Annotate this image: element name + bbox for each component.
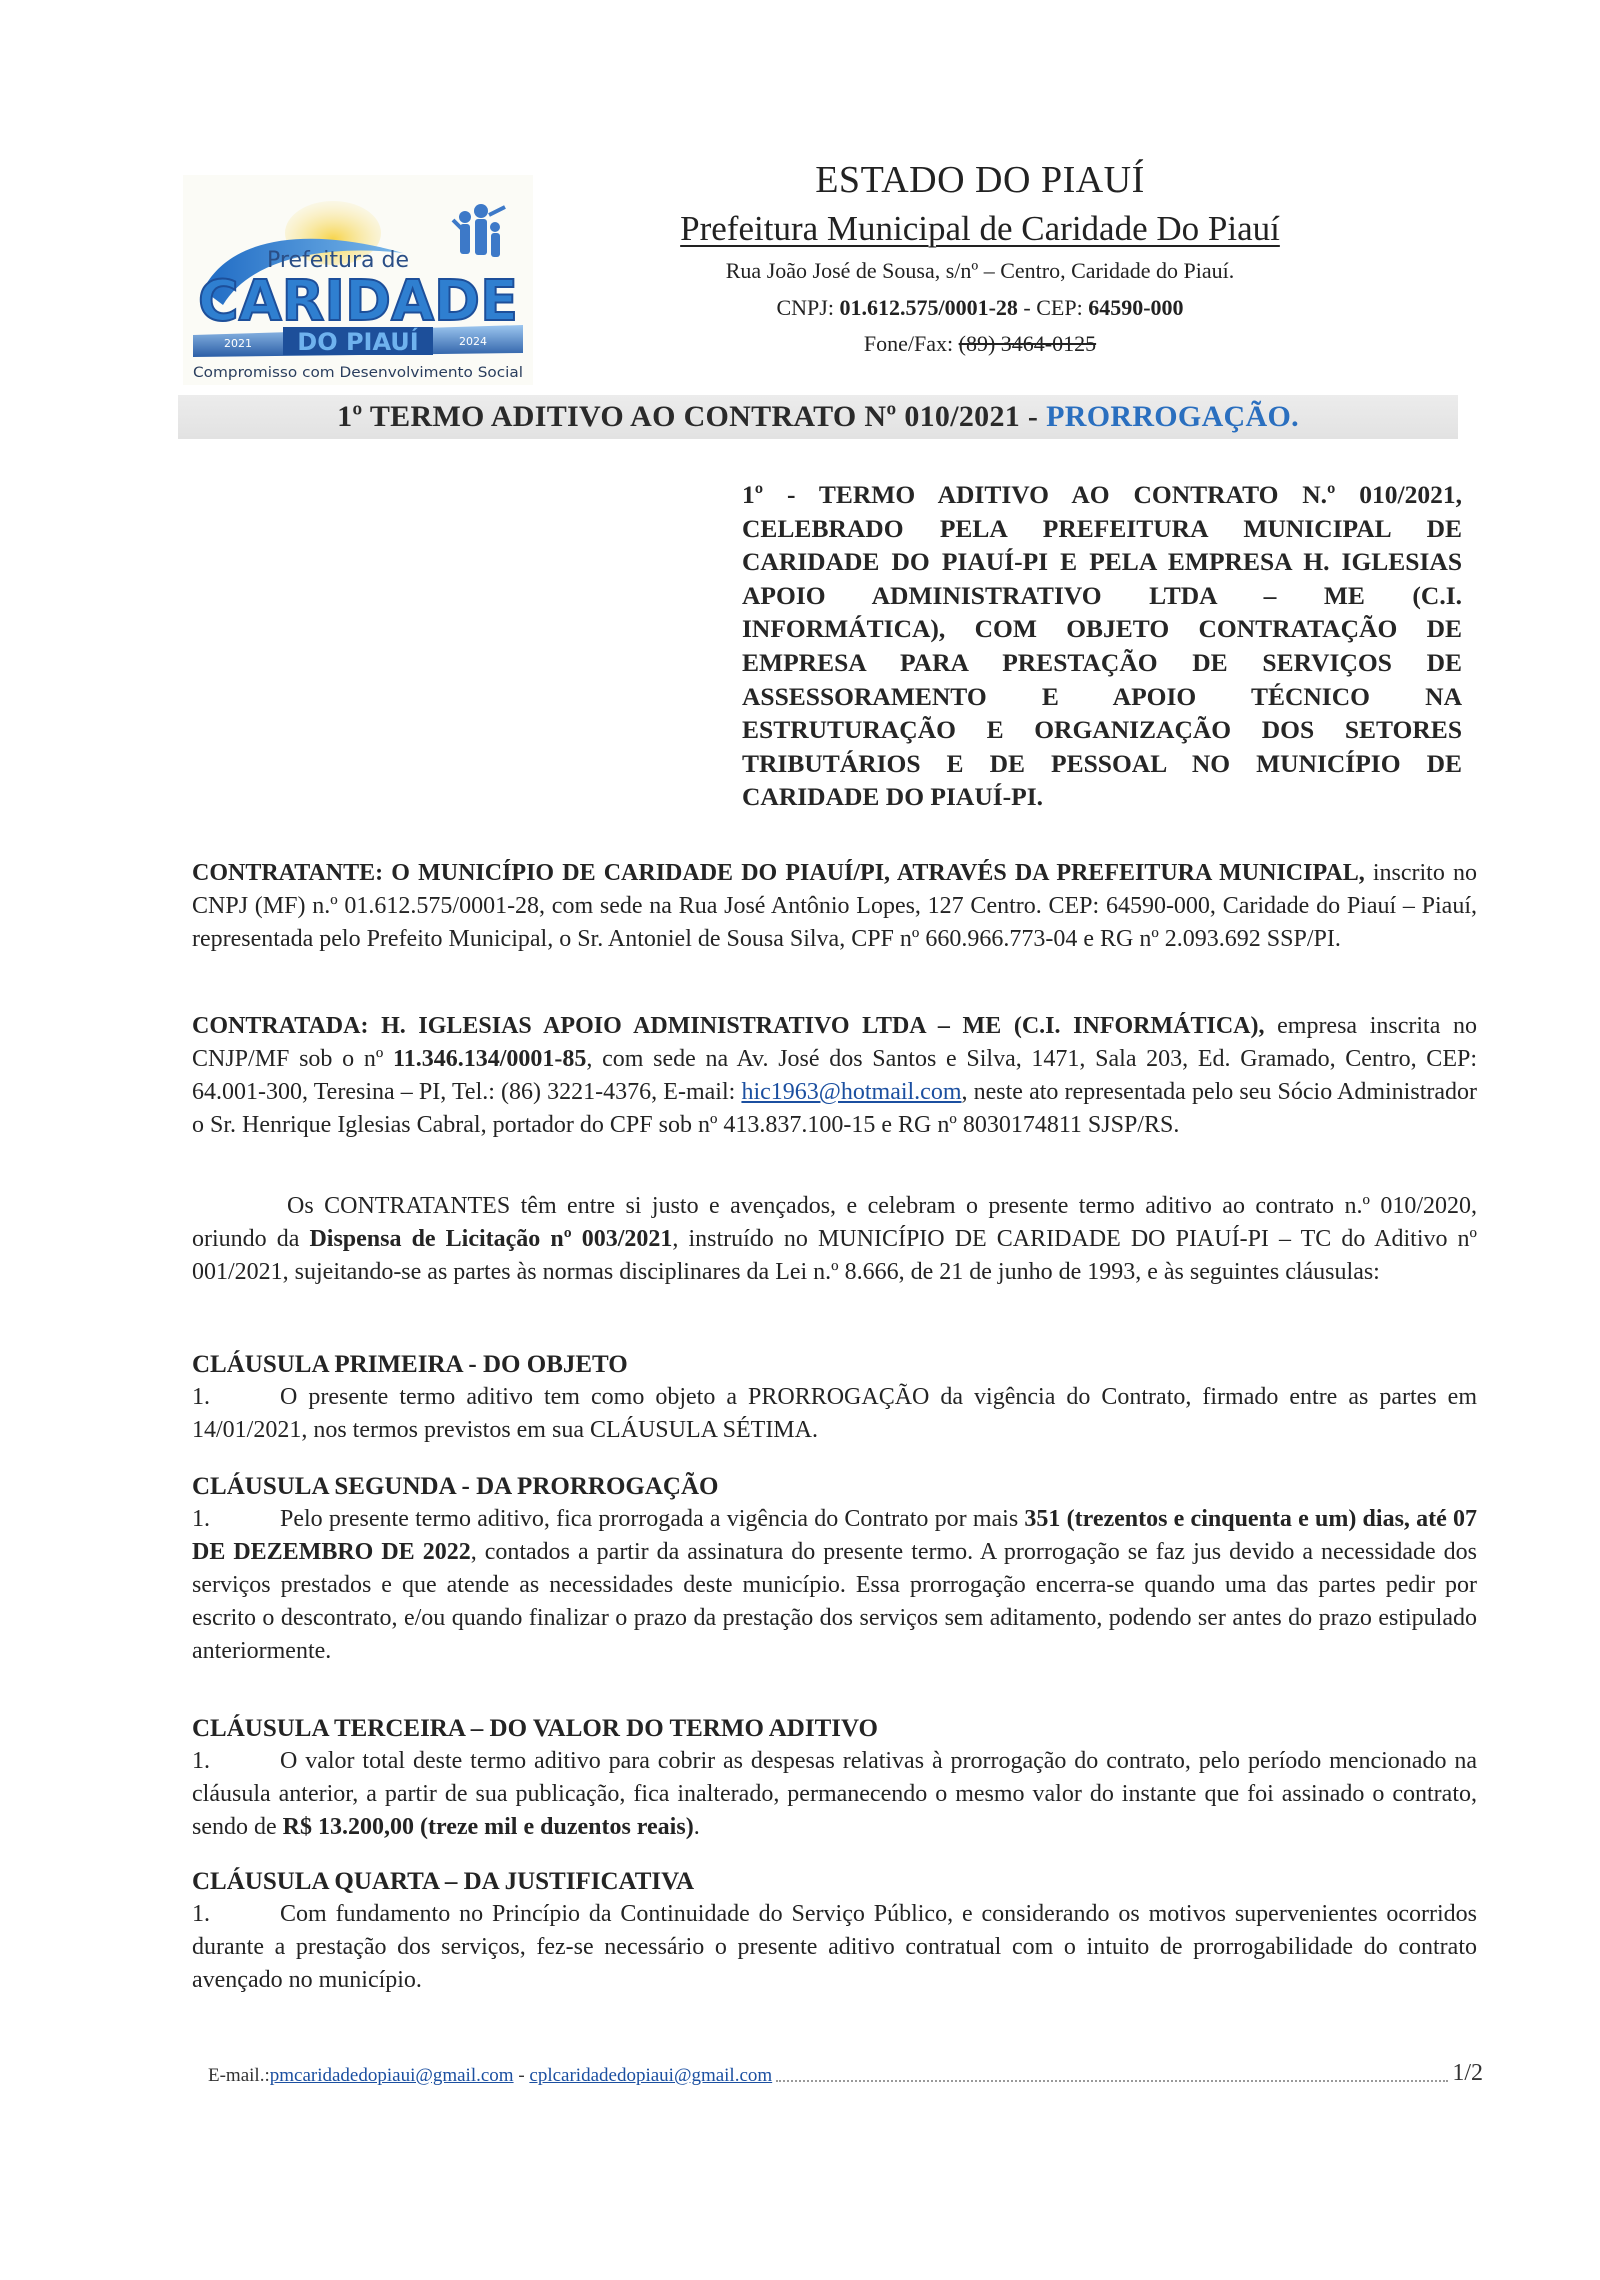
people-icon — [453, 204, 505, 257]
clause-3-text: . — [694, 1814, 700, 1840]
footer-email-link-1[interactable]: pmcaridadedopiaui@gmail.com — [270, 2065, 514, 2087]
footer-separator: - — [514, 2065, 530, 2087]
footer-dot-leader — [776, 2080, 1448, 2082]
title-main: 1º TERMO ADITIVO AO CONTRATO Nº 010/2021… — [337, 400, 1038, 434]
letterhead: ESTADO DO PIAUÍ Prefeitura Municipal de … — [620, 160, 1340, 357]
prefecture-address: Rua João José de Sousa, s/nº – Centro, C… — [620, 258, 1340, 284]
clause-2: CLÁUSULA SEGUNDA - DA PRORROGAÇÃO 1.Pelo… — [192, 1470, 1477, 1668]
contratante-label: CONTRATANTE: O MUNICÍPIO DE CARIDADE DO … — [192, 860, 1365, 886]
svg-text:2024: 2024 — [459, 335, 487, 348]
contratada-paragraph: CONTRATADA: H. IGLESIAS APOIO ADMINISTRA… — [192, 1010, 1477, 1142]
document-page: Prefeitura de CARIDADE DO PIAUÍ 2021 202… — [0, 0, 1600, 2280]
page-footer: E-mail.: pmcaridadedopiaui@gmail.com - c… — [208, 2060, 1483, 2087]
clause-1-title: CLÁUSULA PRIMEIRA - DO OBJETO — [192, 1348, 1477, 1381]
contratada-email-link[interactable]: hic1963@hotmail.com — [741, 1079, 961, 1105]
cnpj-label: CNPJ: — [776, 295, 839, 320]
clause-3-number: 1. — [192, 1745, 280, 1778]
svg-text:CARIDADE: CARIDADE — [198, 269, 518, 334]
title-highlight: PRORROGAÇÃO. — [1046, 400, 1299, 434]
footer-email-label: E-mail.: — [208, 2065, 270, 2087]
clause-2-title: CLÁUSULA SEGUNDA - DA PRORROGAÇÃO — [192, 1470, 1477, 1503]
clause-3-value: R$ 13.200,00 (treze mil e duzentos reais… — [283, 1814, 694, 1840]
page-number: 1/2 — [1452, 2060, 1483, 2087]
preamble-paragraph: Os CONTRATANTES têm entre si justo e ave… — [192, 1190, 1477, 1289]
clause-1-number: 1. — [192, 1381, 280, 1414]
svg-text:DO PIAUÍ: DO PIAUÍ — [297, 327, 419, 356]
dispensa-reference: Dispensa de Licitação nº 003/2021 — [309, 1226, 672, 1252]
clause-2-text: Pelo presente termo aditivo, fica prorro… — [280, 1506, 1024, 1532]
clause-1: CLÁUSULA PRIMEIRA - DO OBJETO 1.O presen… — [192, 1348, 1477, 1447]
clause-3-title: CLÁUSULA TERCEIRA – DO VALOR DO TERMO AD… — [192, 1712, 1477, 1745]
phone-value: (89) 3464-0125 — [959, 331, 1096, 356]
prefecture-cnpj: CNPJ: 01.612.575/0001-28 - CEP: 64590-00… — [620, 295, 1340, 321]
document-title: 1º TERMO ADITIVO AO CONTRATO Nº 010/2021… — [178, 395, 1458, 439]
prefecture-name: Prefeitura Municipal de Caridade Do Piau… — [620, 210, 1340, 249]
contratada-cnpj: 11.346.134/0001-85 — [393, 1046, 586, 1072]
prefecture-logo: Prefeitura de CARIDADE DO PIAUÍ 2021 202… — [183, 175, 533, 385]
state-name: ESTADO DO PIAUÍ — [620, 160, 1340, 202]
ementa-summary: 1º - TERMO ADITIVO AO CONTRATO N.º 010/2… — [742, 478, 1462, 814]
cep-value: 64590-000 — [1088, 295, 1183, 320]
clause-4-text: Com fundamento no Princípio da Continuid… — [192, 1901, 1477, 1993]
logo-graphic: Prefeitura de CARIDADE DO PIAUÍ 2021 202… — [183, 175, 533, 385]
svg-text:Compromisso com Desenvolviment: Compromisso com Desenvolvimento Social — [193, 365, 523, 381]
contratada-label: CONTRATADA: H. IGLESIAS APOIO ADMINISTRA… — [192, 1013, 1264, 1039]
phone-label: Fone/Fax: — [864, 331, 959, 356]
prefecture-phone: Fone/Fax: (89) 3464-0125 — [620, 331, 1340, 357]
clause-4-title: CLÁUSULA QUARTA – DA JUSTIFICATIVA — [192, 1865, 1477, 1898]
clause-3: CLÁUSULA TERCEIRA – DO VALOR DO TERMO AD… — [192, 1712, 1477, 1844]
clause-2-number: 1. — [192, 1503, 280, 1536]
footer-email-link-2[interactable]: cplcaridadedopiaui@gmail.com — [529, 2065, 772, 2087]
clause-1-text: O presente termo aditivo tem como objeto… — [192, 1384, 1477, 1443]
clause-4: CLÁUSULA QUARTA – DA JUSTIFICATIVA 1.Com… — [192, 1865, 1477, 1997]
cep-label: - CEP: — [1018, 295, 1088, 320]
cnpj-value: 01.612.575/0001-28 — [839, 295, 1017, 320]
contratante-paragraph: CONTRATANTE: O MUNICÍPIO DE CARIDADE DO … — [192, 857, 1477, 956]
clause-4-number: 1. — [192, 1898, 280, 1931]
svg-text:2021: 2021 — [224, 337, 252, 350]
